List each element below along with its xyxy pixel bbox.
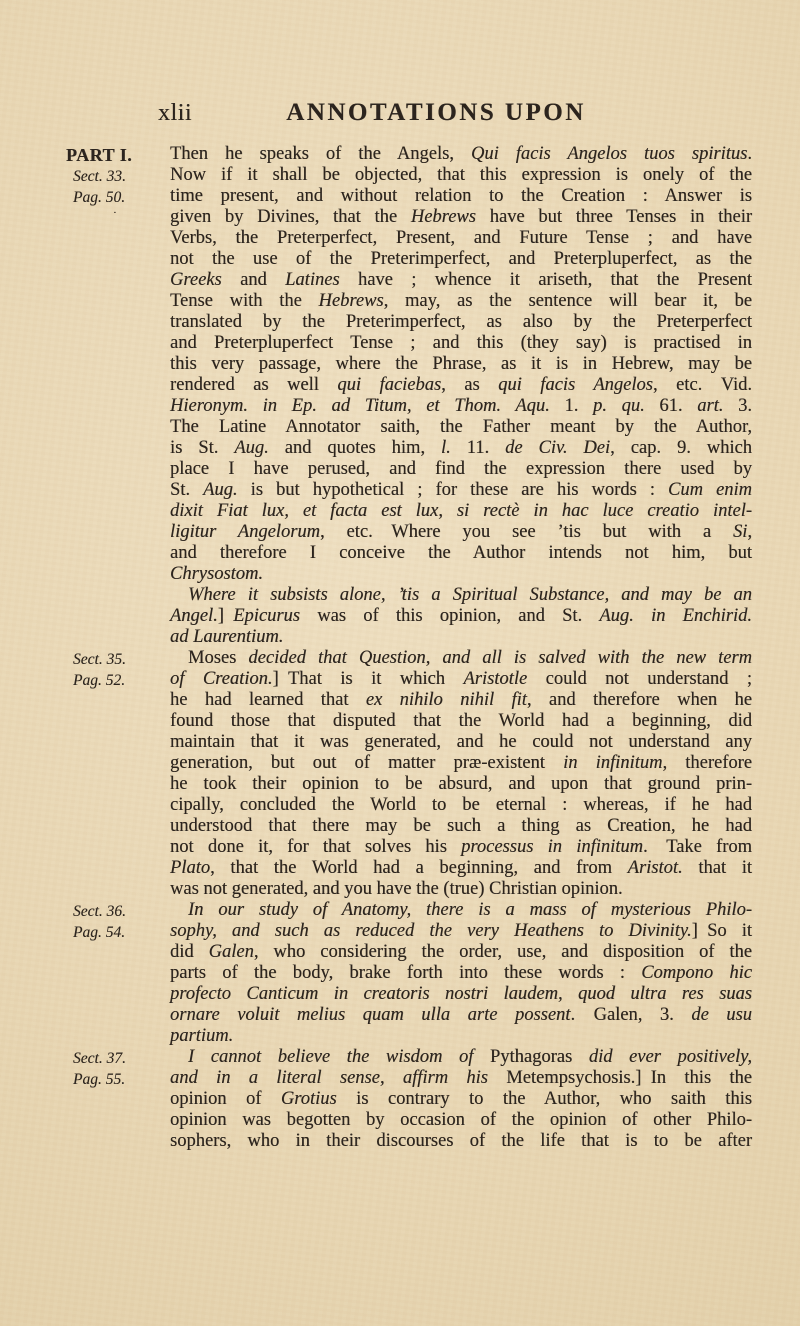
- paragraph: Sect. 35.Pag. 52.Moses decided that Ques…: [170, 648, 752, 900]
- text-line: found those that disputed that the World…: [170, 711, 752, 732]
- text-segment: .: [747, 144, 752, 164]
- text-line: partium.: [170, 1026, 752, 1047]
- text-segment: and Preterpluperfect Tense ; and this (t…: [170, 333, 752, 353]
- text-line: is St. Aug. and quotes him, l. 11. de Ci…: [170, 438, 752, 459]
- text-line: The Latine Annotator saith, the Father m…: [170, 417, 752, 438]
- text-segment: Epicurus: [233, 606, 300, 626]
- text-line: not the use of the Preterimperfect, and …: [170, 249, 752, 270]
- text-segment: place I have perused, and find the expre…: [170, 459, 752, 479]
- margin-notes: Sect. 37.Pag. 55.: [66, 1048, 166, 1090]
- text-line: of Creation.] That is it which Aristotle…: [170, 669, 752, 690]
- text-segment: is St.: [170, 438, 234, 458]
- text-segment: 3.: [723, 396, 752, 416]
- text-line: ligitur Angelorum, etc. Where you see ’t…: [170, 522, 752, 543]
- text-segment: I cannot believe the wisdom of: [188, 1047, 473, 1067]
- text-segment: ex nihilo nihil fit: [366, 690, 527, 710]
- margin-note: Pag. 52.: [66, 670, 166, 691]
- text-segment: processus in infinitum: [461, 837, 643, 857]
- text-line: Tense with the Hebrews, may, as the sent…: [170, 291, 752, 312]
- text-segment: not the use of the Preterimperfect, and …: [170, 249, 752, 269]
- text-segment: was not generated, and you have the (tru…: [170, 879, 623, 899]
- text-segment: Hebrews: [411, 207, 476, 227]
- text-segment: Plato: [170, 858, 210, 878]
- text-segment: have ; whence it ariseth, that the Prese…: [340, 270, 752, 290]
- text-segment: Compono hic: [641, 963, 752, 983]
- text-line: dixit Fiat lux, et facta est lux, si rec…: [170, 501, 752, 522]
- text-segment: translated by the Preterimperfect, as al…: [170, 312, 752, 332]
- text-line: place I have perused, and find the expre…: [170, 459, 752, 480]
- text-segment: decided that Question, and all is salved…: [248, 648, 752, 668]
- text-segment: ] So it: [692, 921, 752, 941]
- text-line: sophers, who in their discourses of the …: [170, 1131, 752, 1152]
- text-segment: , etc. Where you see ’tis but with a: [320, 522, 733, 542]
- running-title: ANNOTATIONS UPON: [286, 99, 586, 127]
- text-line: given by Divines, that the Hebrews have …: [170, 207, 752, 228]
- text-line: opinion was begotten by occasion of the …: [170, 1110, 752, 1131]
- text-segment: . Take from: [643, 837, 752, 857]
- ink-speck: ·: [66, 208, 166, 219]
- text-line: sophy, and such as reduced the very Heat…: [170, 921, 752, 942]
- text-line: maintain that it was generated, and he c…: [170, 732, 752, 753]
- text-line: In our study of Anatomy, there is a mass…: [170, 900, 752, 921]
- text-line: Where it subsists alone, ’tis a Spiritua…: [170, 585, 752, 606]
- text-line: and Preterpluperfect Tense ; and this (t…: [170, 333, 752, 354]
- text-segment: Aug. in Enchirid.: [599, 606, 752, 626]
- text-line: Plato, that the World had a beginning, a…: [170, 858, 752, 879]
- text-segment: , who considering the order, use, and di…: [254, 942, 752, 962]
- text-segment: did ever positively,: [589, 1047, 752, 1067]
- text-segment: Where it subsists alone, ’tis a Spiritua…: [188, 585, 752, 605]
- margin-note: Pag. 54.: [66, 922, 166, 943]
- text-segment: In our study of Anatomy, there is a mass…: [188, 900, 752, 920]
- text-line: he had learned that ex nihilo nihil fit,…: [170, 690, 752, 711]
- text-segment: Verbs, the Preterperfect, Present, and F…: [170, 228, 752, 248]
- text-line: was not generated, and you have the (tru…: [170, 879, 752, 900]
- text-line: and in a literal sense, affirm his Metem…: [170, 1068, 752, 1089]
- text-segment: generation, but out of matter præ-existe…: [170, 753, 563, 773]
- text-line: this very passage, where the Phrase, as …: [170, 354, 752, 375]
- text-segment: The Latine Annotator saith, the Father m…: [170, 417, 752, 437]
- paragraph: Sect. 36.Pag. 54.In our study of Anatomy…: [170, 900, 752, 1047]
- text-segment: and in a literal sense, affirm his: [170, 1068, 488, 1088]
- text-segment: time present, and without relation to th…: [170, 186, 752, 206]
- text-segment: , may, as the sentence will bear it, be: [384, 291, 752, 311]
- text-segment: Hebrews: [319, 291, 384, 311]
- text-line: translated by the Preterimperfect, as al…: [170, 312, 752, 333]
- text-segment: Aug.: [234, 438, 268, 458]
- text-segment: Metempsychosis.] In this the: [488, 1068, 752, 1088]
- text-segment: profecto Canticum in creatoris nostri la…: [170, 984, 752, 1004]
- text-segment: have but three Tenses in their: [476, 207, 752, 227]
- text-segment: he took their opinion to be absurd, and …: [170, 774, 752, 794]
- text-segment: could not understand ;: [527, 669, 752, 689]
- text-segment: and therefore I conceive the Author inte…: [170, 543, 752, 563]
- text-segment: , that the World had a beginning, and fr…: [210, 858, 628, 878]
- text-segment: , cap. 9. which: [610, 438, 752, 458]
- margin-note: Sect. 37.: [66, 1048, 166, 1069]
- page-number: xlii: [158, 100, 192, 127]
- text-segment: in infinitum: [563, 753, 662, 773]
- margin-note: Sect. 35.: [66, 649, 166, 670]
- text-segment: Cum enim: [668, 480, 752, 500]
- text-segment: sophy, and such as reduced the very Heat…: [170, 921, 692, 941]
- text-line: Moses decided that Question, and all is …: [170, 648, 752, 669]
- text-line: time present, and without relation to th…: [170, 186, 752, 207]
- text-line: rendered as well qui faciebas, as qui fa…: [170, 375, 752, 396]
- text-segment: l.: [441, 438, 451, 458]
- margin-note: Sect. 36.: [66, 901, 166, 922]
- text-segment: parts of the body, brake forth into thes…: [170, 963, 641, 983]
- text-segment: that it: [683, 858, 752, 878]
- text-segment: sophers, who in their discourses of the …: [170, 1131, 752, 1151]
- paragraph: PART I.Sect. 33.Pag. 50.·Then he speaks …: [170, 144, 752, 585]
- text-segment: did: [170, 942, 209, 962]
- text-segment: Greeks: [170, 270, 222, 290]
- text-segment: Then he speaks of the Angels,: [170, 144, 471, 164]
- text-line: did Galen, who considering the order, us…: [170, 942, 752, 963]
- text-segment: 61.: [645, 396, 698, 416]
- text-line: Hieronym. in Ep. ad Titum, et Thom. Aqu.…: [170, 396, 752, 417]
- text-line: understood that there may be such a thin…: [170, 816, 752, 837]
- text-segment: partium.: [170, 1026, 233, 1046]
- text-line: parts of the body, brake forth into thes…: [170, 963, 752, 984]
- text-segment: is but hypothetical ; for these are his …: [238, 480, 668, 500]
- text-segment: Tense with the: [170, 291, 319, 311]
- text-line: Greeks and Latines have ; whence it aris…: [170, 270, 752, 291]
- text-line: St. Aug. is but hypothetical ; for these…: [170, 480, 752, 501]
- text-line: Chrysostom.: [170, 564, 752, 585]
- text-segment: Si: [733, 522, 747, 542]
- text-segment: and: [222, 270, 285, 290]
- text-block: PART I.Sect. 33.Pag. 50.·Then he speaks …: [170, 144, 752, 1152]
- text-line: he took their opinion to be absurd, and …: [170, 774, 752, 795]
- text-segment: Qui facis Angelos tuos spiritus: [471, 144, 747, 164]
- text-segment: opinion was begotten by occasion of the …: [170, 1110, 752, 1130]
- text-line: ad Laurentium.: [170, 627, 752, 648]
- paragraph-body: I cannot believe the wisdom of Pythagora…: [170, 1047, 752, 1152]
- text-segment: Chrysostom.: [170, 564, 263, 584]
- text-segment: 1.: [550, 396, 593, 416]
- text-segment: Grotius: [281, 1089, 337, 1109]
- margin-notes: Sect. 35.Pag. 52.: [66, 649, 166, 691]
- text-segment: dixit Fiat lux, et facta est lux, si rec…: [170, 501, 752, 521]
- text-segment: Galen: [209, 942, 254, 962]
- text-segment: . Galen, 3.: [570, 1005, 691, 1025]
- text-segment: , therefore: [662, 753, 752, 773]
- text-line: Then he speaks of the Angels, Qui facis …: [170, 144, 752, 165]
- margin-note: Pag. 50.: [66, 187, 166, 208]
- text-segment: cipally, concluded the World to be etern…: [170, 795, 752, 815]
- text-segment: ad Laurentium.: [170, 627, 283, 647]
- text-line: cipally, concluded the World to be etern…: [170, 795, 752, 816]
- text-segment: not done it, for that solves his: [170, 837, 461, 857]
- paragraph-body: Where it subsists alone, ’tis a Spiritua…: [170, 585, 752, 648]
- paragraph-body: Then he speaks of the Angels, Qui facis …: [170, 144, 752, 585]
- text-segment: Aug.: [203, 480, 237, 500]
- text-segment: Angel.: [170, 606, 218, 626]
- text-segment: is contrary to the Author, who saith thi…: [337, 1089, 752, 1109]
- text-segment: de Civ. Dei: [505, 438, 610, 458]
- text-line: profecto Canticum in creatoris nostri la…: [170, 984, 752, 1005]
- text-segment: this very passage, where the Phrase, as …: [170, 354, 752, 374]
- text-segment: de usu: [691, 1005, 752, 1025]
- text-segment: , etc. Vid.: [653, 375, 752, 395]
- margin-note: Pag. 55.: [66, 1069, 166, 1090]
- margin-notes: PART I.Sect. 33.Pag. 50.·: [66, 145, 166, 219]
- text-segment: Pythagoras: [473, 1047, 588, 1067]
- text-segment: 11.: [451, 438, 505, 458]
- paragraph-body: Moses decided that Question, and all is …: [170, 648, 752, 900]
- text-segment: art.: [697, 396, 723, 416]
- margin-note: PART I.: [66, 145, 166, 166]
- text-line: and therefore I conceive the Author inte…: [170, 543, 752, 564]
- text-segment: Hieronym. in Ep. ad Titum, et Thom. Aqu.: [170, 396, 550, 416]
- text-segment: Now if it shall be objected, that this e…: [170, 165, 752, 185]
- text-segment: ligitur Angelorum: [170, 522, 320, 542]
- text-segment: ornare voluit melius quam ulla arte poss…: [170, 1005, 570, 1025]
- paragraph-body: In our study of Anatomy, there is a mass…: [170, 900, 752, 1047]
- text-segment: rendered as well: [170, 375, 337, 395]
- text-segment: qui faciebas: [337, 375, 441, 395]
- text-segment: understood that there may be such a thin…: [170, 816, 752, 836]
- text-segment: , as: [441, 375, 498, 395]
- text-segment: qui facis Angelos: [498, 375, 653, 395]
- text-line: ornare voluit melius quam ulla arte poss…: [170, 1005, 752, 1026]
- text-segment: of Creation.: [170, 669, 273, 689]
- text-segment: p. qu.: [593, 396, 645, 416]
- text-line: not done it, for that solves his process…: [170, 837, 752, 858]
- text-segment: , and therefore when he: [527, 690, 752, 710]
- text-segment: opinion of: [170, 1089, 281, 1109]
- text-segment: Aristotle: [463, 669, 527, 689]
- text-segment: Aristot.: [628, 858, 683, 878]
- margin-note: Sect. 33.: [66, 166, 166, 187]
- text-segment: ]: [218, 606, 233, 626]
- text-line: generation, but out of matter præ-existe…: [170, 753, 752, 774]
- text-segment: and quotes him,: [269, 438, 441, 458]
- text-line: I cannot believe the wisdom of Pythagora…: [170, 1047, 752, 1068]
- text-segment: ] That is it which: [273, 669, 464, 689]
- paragraph: Sect. 37.Pag. 55.I cannot believe the wi…: [170, 1047, 752, 1152]
- text-line: opinion of Grotius is contrary to the Au…: [170, 1089, 752, 1110]
- text-segment: found those that disputed that the World…: [170, 711, 752, 731]
- text-line: Verbs, the Preterperfect, Present, and F…: [170, 228, 752, 249]
- margin-notes: Sect. 36.Pag. 54.: [66, 901, 166, 943]
- text-line: Now if it shall be objected, that this e…: [170, 165, 752, 186]
- book-page: xlii ANNOTATIONS UPON PART I.Sect. 33.Pa…: [0, 0, 800, 1326]
- paragraph: Where it subsists alone, ’tis a Spiritua…: [170, 585, 752, 648]
- text-segment: given by Divines, that the: [170, 207, 411, 227]
- text-segment: was of this opinion, and St.: [300, 606, 599, 626]
- text-segment: he had learned that: [170, 690, 366, 710]
- text-segment: Moses: [188, 648, 248, 668]
- text-segment: St.: [170, 480, 203, 500]
- text-segment: Latines: [285, 270, 339, 290]
- text-line: Angel.] Epicurus was of this opinion, an…: [170, 606, 752, 627]
- text-segment: ,: [747, 522, 752, 542]
- text-segment: maintain that it was generated, and he c…: [170, 732, 752, 752]
